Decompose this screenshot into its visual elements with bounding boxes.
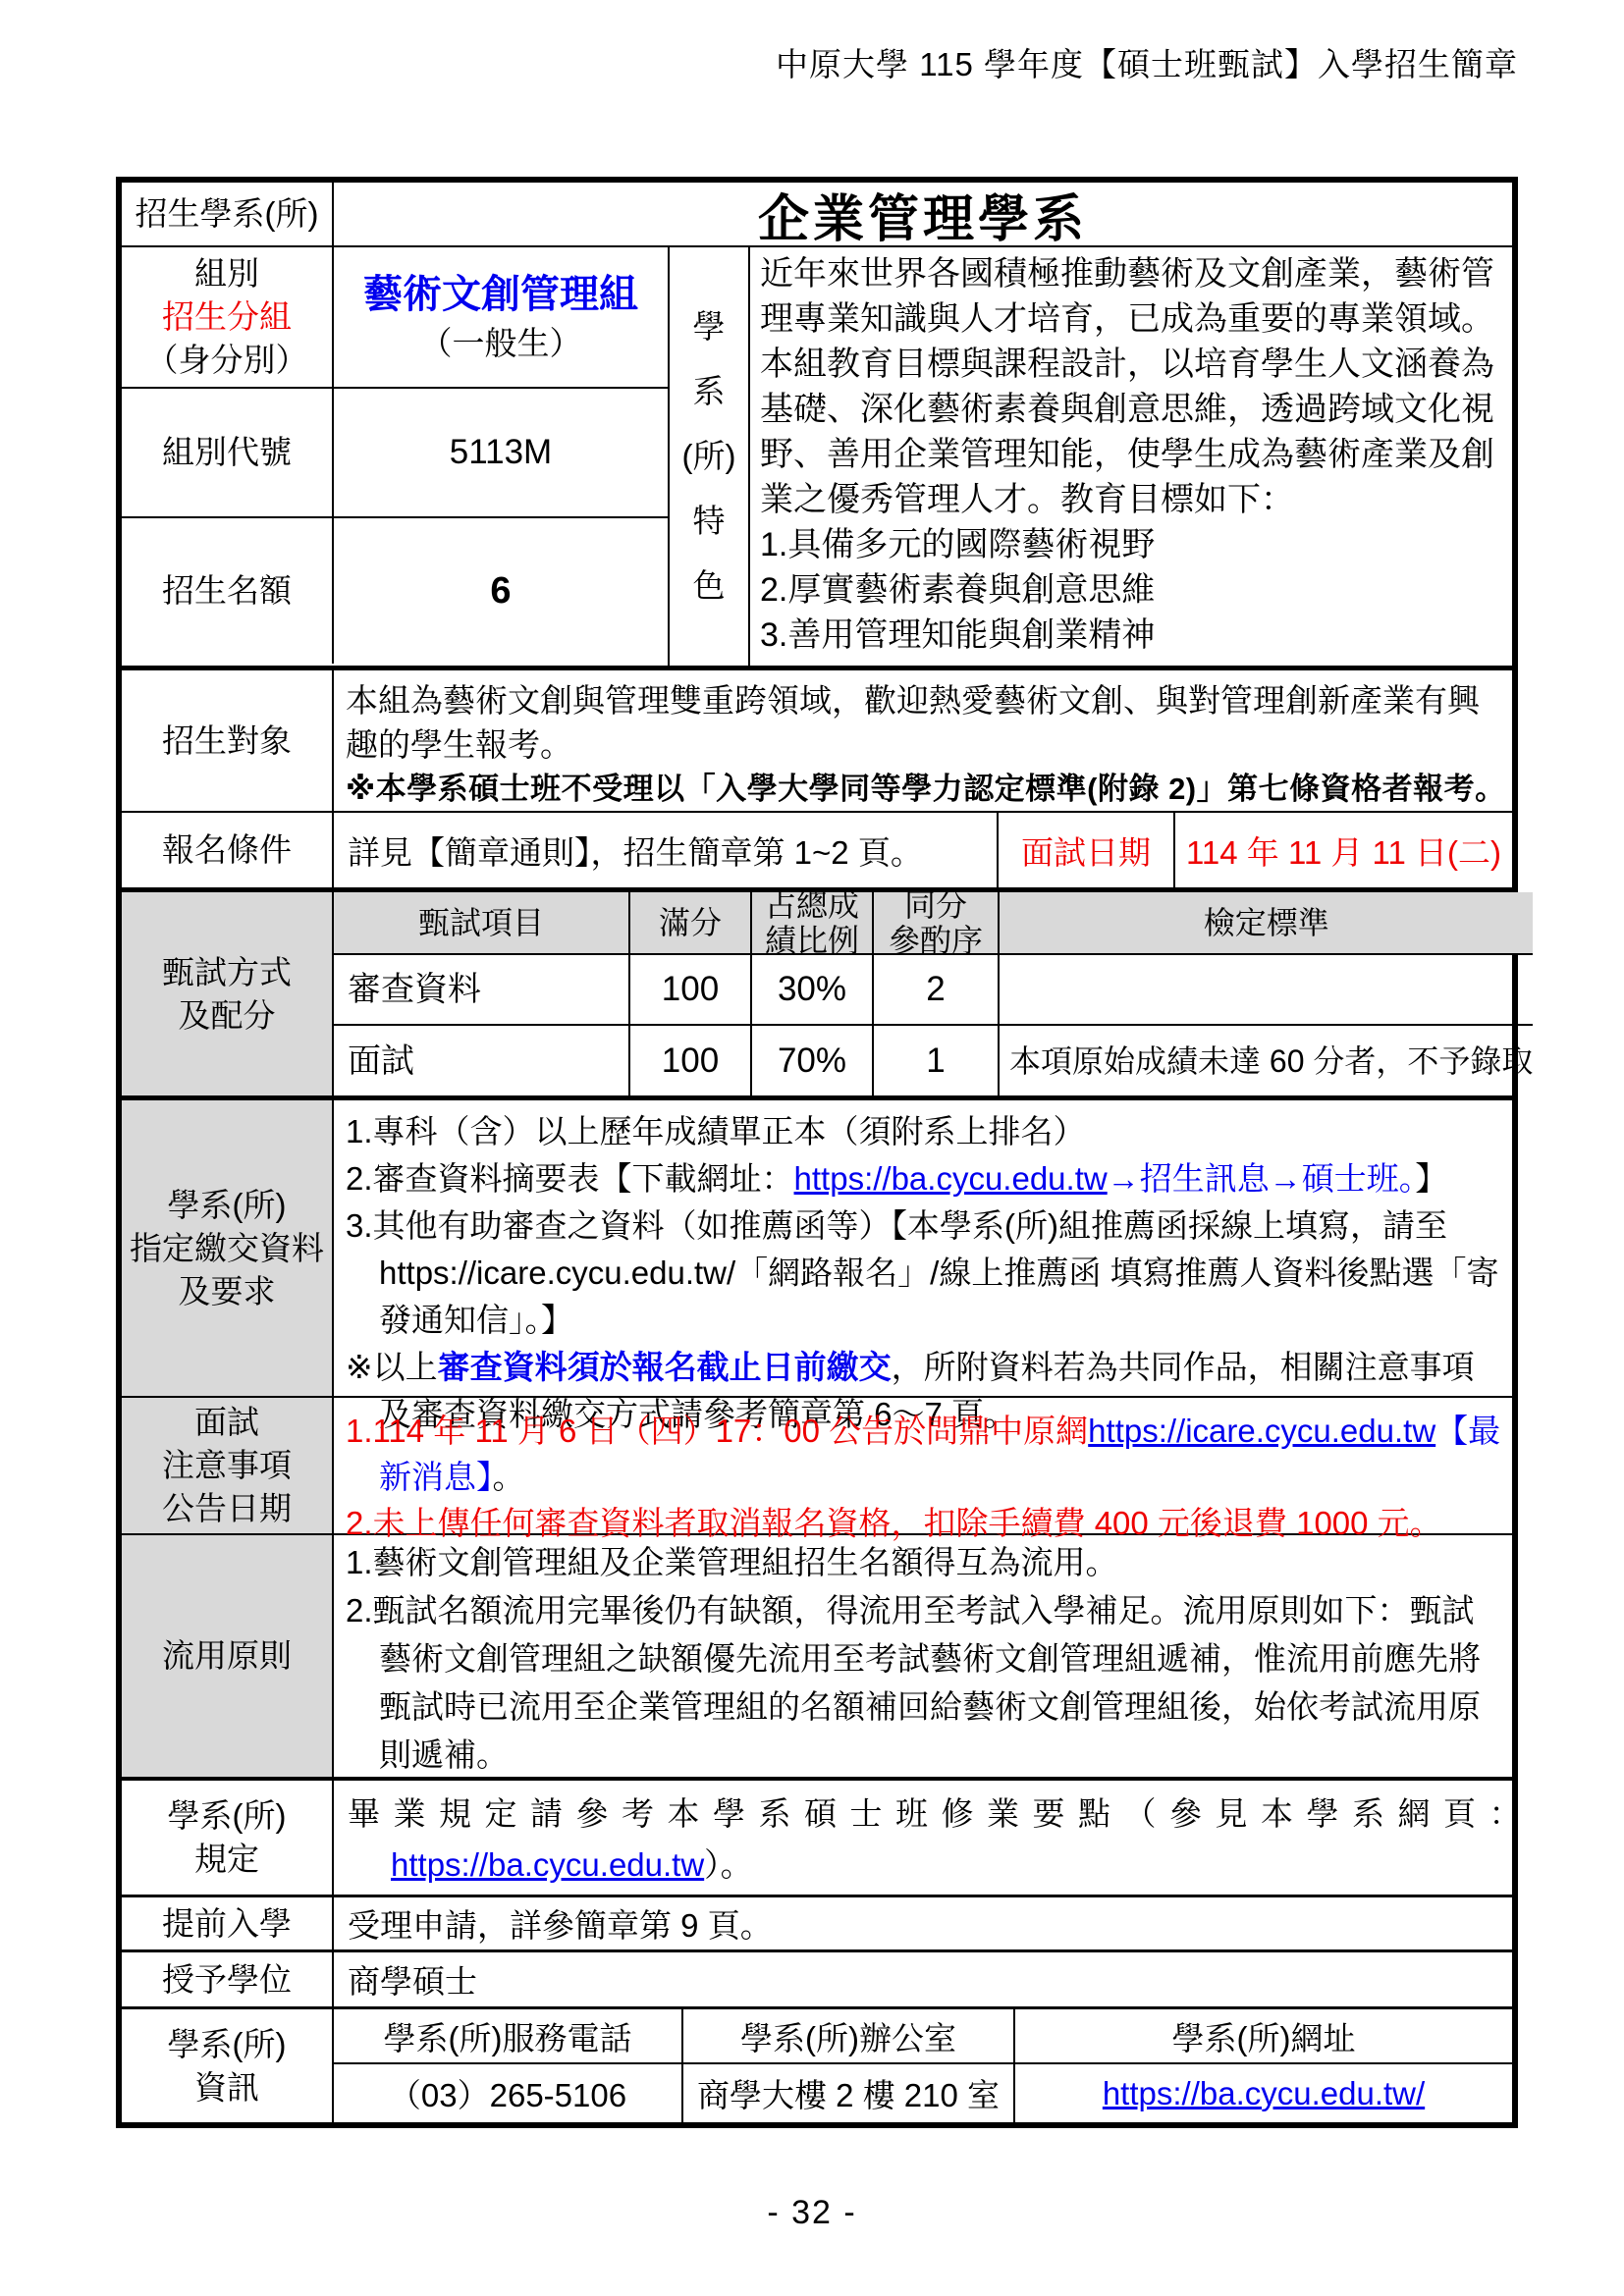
exam-standard [998, 955, 1533, 1024]
quota-transfer-label: 流用原則 [122, 1535, 332, 1777]
exam-header-row: 甄試項目 滿分 占總成 績比例 同分 參酌序 檢定標準 [334, 892, 1533, 953]
features-goal-3: 3.善用管理知能與創業精神 [760, 613, 1504, 658]
exam-table: 甄試項目 滿分 占總成 績比例 同分 參酌序 檢定標準 審查資料 100 30%… [332, 892, 1533, 1095]
row-early-admission: 提前入學 受理申請，詳參簡章第 9 頁。 [122, 1895, 1512, 1949]
features-label-char2: 系 [693, 359, 726, 424]
group-name: 藝術文創管理組 [363, 268, 638, 321]
dept-info-header-row: 學系(所)服務電話 學系(所)辦公室 學系(所)網址 [334, 2009, 1512, 2062]
dept-rules-label: 學系(所) 規定 [122, 1781, 332, 1895]
features-goal-2: 2.厚實藝術素養與創意思維 [760, 567, 1504, 613]
dept-site-link[interactable]: https://ba.cycu.edu.tw [391, 1846, 704, 1883]
interview-notice-label-line3: 公告日期 [162, 1487, 292, 1530]
dept-info-label: 學系(所) 資訊 [122, 2009, 332, 2122]
exam-col-tie: 同分 參酌序 [872, 892, 998, 953]
quota-value: 6 [332, 518, 668, 664]
submit-docs-item2: 2.審查資料摘要表【下載網址：https://ba.cycu.edu.tw→招生… [346, 1155, 1506, 1202]
features-label-char4: 特 [693, 489, 726, 554]
dept-website-label: 學系(所)網址 [1013, 2009, 1512, 2062]
download-url-link[interactable]: https://ba.cycu.edu.tw [794, 1160, 1108, 1197]
dept-website-link-cell: https://ba.cycu.edu.tw/ [1013, 2064, 1512, 2122]
row-degree: 授予學位 商學碩士 [122, 1949, 1512, 2006]
interview-notice-content: 1.114 年 11 月 6 日（四）17：00 公告於問鼎中原網https:/… [332, 1398, 1512, 1533]
row-dept-info: 學系(所) 資訊 學系(所)服務電話 學系(所)辦公室 學系(所)網址 （03）… [122, 2006, 1512, 2122]
dept-office-label: 學系(所)辦公室 [681, 2009, 1013, 2062]
features-label-char5: 色 [693, 554, 726, 618]
admission-table: 招生學系(所) 企業管理學系 組別 招生分組 （身分別） 藝術文創管理組 （一般… [116, 177, 1518, 2128]
degree-label: 授予學位 [122, 1952, 332, 2006]
dept-office-value: 商學大樓 2 樓 210 室 [681, 2064, 1013, 2122]
exam-row-review: 審查資料 100 30% 2 [334, 953, 1533, 1024]
department-name: 企業管理學系 [332, 183, 1512, 245]
row-target: 招生對象 本組為藝術文創與管理雙重跨領域，歡迎熱愛藝術文創、與對管理創新產業有興… [122, 666, 1512, 811]
row-exam: 甄試方式 及配分 甄試項目 滿分 占總成 績比例 同分 參酌序 檢定標準 審查資… [122, 887, 1512, 1095]
submit-docs-item2-path: →招生訊息→碩士班。 [1108, 1160, 1416, 1197]
submit-docs-content: 1.專科（含）以上歷年成績單正本（須附系上排名） 2.審查資料摘要表【下載網址：… [332, 1100, 1512, 1396]
dept-rules-line2: https://ba.cycu.edu.tw）。 [348, 1840, 1535, 1891]
icare-url-link[interactable]: https://icare.cycu.edu.tw [1088, 1413, 1435, 1449]
quota-transfer-item2: 2.甄試名額流用完畢後仍有缺額，得流用至考試入學補足。流用原則如下：甄試藝術文創… [346, 1586, 1506, 1779]
row-dept-rules: 學系(所) 規定 畢業規定請參考本學系碩士班修業要點（參見本學系網頁： http… [122, 1777, 1512, 1895]
exam-percentage: 30% [750, 955, 872, 1024]
exam-label-line2: 及配分 [179, 994, 276, 1038]
quota-transfer-content: 1.藝術文創管理組及企業管理組招生名額得互為流用。 2.甄試名額流用完畢後仍有缺… [332, 1535, 1512, 1777]
submit-docs-label-line3: 及要求 [179, 1270, 276, 1313]
exam-col-full: 滿分 [628, 892, 750, 953]
row-application: 報名條件 詳見【簡章通則】，招生簡章第 1~2 頁。 面試日期 114 年 11… [122, 811, 1512, 887]
features-goal-1: 1.具備多元的國際藝術視野 [760, 522, 1504, 567]
application-label: 報名條件 [122, 813, 332, 887]
row-submit-docs: 學系(所) 指定繳交資料 及要求 1.專科（含）以上歷年成績單正本（須附系上排名… [122, 1095, 1512, 1396]
degree-text: 商學碩士 [332, 1952, 1512, 2006]
dept-phone-label: 學系(所)服務電話 [334, 2009, 681, 2062]
interview-notice-label-line1: 面試 [194, 1401, 259, 1444]
submit-docs-item3: 3.其他有助審查之資料（如推薦函等）【本學系(所)組推薦函採線上填寫，請至 ht… [346, 1202, 1506, 1344]
exam-item-name: 審查資料 [334, 955, 628, 1024]
exam-percentage: 70% [750, 1026, 872, 1095]
features-paragraph: 近年來世界各國積極推動藝術及文創產業，藝術管理專業知識與人才培育，已成為重要的專… [760, 255, 1494, 518]
features-label-char3: (所) [682, 424, 736, 489]
page-number: - 32 - [0, 2194, 1624, 2232]
group-value-cell: 藝術文創管理組 （一般生） [332, 247, 668, 387]
submit-docs-item1: 1.專科（含）以上歷年成績單正本（須附系上排名） [346, 1108, 1506, 1155]
dept-info-table: 學系(所)服務電話 學系(所)辦公室 學系(所)網址 （03）265-5106 … [332, 2009, 1512, 2122]
dept-website-link[interactable]: https://ba.cycu.edu.tw/ [1103, 2075, 1425, 2112]
exam-tie-order: 1 [872, 1026, 998, 1095]
target-note: ※本學系碩士班不受理以「入學大學同等學力認定標準(附錄 2)」第七條資格者報考。 [346, 767, 1506, 811]
top-block: 組別 招生分組 （身分別） 藝術文創管理組 （一般生） 組別代號 5113M 招… [122, 245, 1512, 666]
row-quota-transfer: 流用原則 1.藝術文創管理組及企業管理組招生名額得互為流用。 2.甄試名額流用完… [122, 1533, 1512, 1777]
early-admission-text: 受理申請，詳參簡章第 9 頁。 [332, 1897, 1512, 1949]
interview-notice-label-line2: 注意事項 [162, 1444, 292, 1487]
dept-rules-label-line1: 學系(所) [168, 1794, 287, 1838]
exam-col-item: 甄試項目 [334, 892, 628, 953]
exam-standard: 本項原始成績未達 60 分者，不予錄取 [998, 1026, 1533, 1095]
application-text: 詳見【簡章通則】，招生簡章第 1~2 頁。 [332, 813, 997, 887]
quota-label: 招生名額 [122, 518, 332, 664]
exam-item-name: 面試 [334, 1026, 628, 1095]
features-text: 近年來世界各國積極推動藝術及文創產業，藝術管理專業知識與人才培育，已成為重要的專… [748, 247, 1512, 666]
exam-full-score: 100 [628, 1026, 750, 1095]
group-code-label: 組別代號 [122, 389, 332, 516]
exam-label: 甄試方式 及配分 [122, 892, 332, 1095]
submit-docs-item2-close: 】 [1415, 1160, 1447, 1197]
interview-date-value: 114 年 11 月 11 日(二) [1173, 813, 1512, 887]
interview-notice-item1: 1.114 年 11 月 6 日（四）17：00 公告於問鼎中原網https:/… [346, 1408, 1506, 1500]
row-department: 招生學系(所) 企業管理學系 [122, 183, 1512, 245]
exam-row-interview: 面試 100 70% 1 本項原始成績未達 60 分者，不予錄取 [334, 1024, 1533, 1095]
dept-rules-text-end: ）。 [704, 1846, 753, 1883]
exam-col-tie-line1: 同分 [874, 887, 998, 923]
dept-rules-content: 畢業規定請參考本學系碩士班修業要點（參見本學系網頁： https://ba.cy… [332, 1781, 1544, 1895]
submit-docs-note-deadline: 審查資料須於報名截止日前繳交 [438, 1349, 892, 1385]
exam-full-score: 100 [628, 955, 750, 1024]
top-left-grid: 組別 招生分組 （身分別） 藝術文創管理組 （一般生） 組別代號 5113M 招… [122, 247, 668, 666]
group-identity: （一般生） [420, 321, 582, 366]
row-interview-notice: 面試 注意事項 公告日期 1.114 年 11 月 6 日（四）17：00 公告… [122, 1396, 1512, 1533]
interview-notice-label: 面試 注意事項 公告日期 [122, 1398, 332, 1533]
submit-docs-note-prefix: ※以上 [346, 1349, 438, 1385]
group-label-line1: 組別 [194, 252, 259, 295]
early-admission-label: 提前入學 [122, 1897, 332, 1949]
group-code-value: 5113M [332, 389, 668, 516]
row-group-code: 組別代號 5113M [122, 387, 668, 516]
target-text-cell: 本組為藝術文創與管理雙重跨領域，歡迎熱愛藝術文創、與對管理創新產業有興趣的學生報… [332, 670, 1512, 811]
group-label: 組別 招生分組 （身分別） [122, 247, 332, 387]
exam-col-pct: 占總成 績比例 [750, 892, 872, 953]
features-label: 學 系 (所) 特 色 [668, 247, 748, 666]
target-label: 招生對象 [122, 670, 332, 811]
interview-date-label: 面試日期 [997, 813, 1173, 887]
row-quota: 招生名額 6 [122, 516, 668, 664]
interview-notice-item1-end: 。 [493, 1459, 525, 1495]
department-label: 招生學系(所) [122, 183, 332, 245]
submit-docs-label-line2: 指定繳交資料 [130, 1227, 324, 1270]
interview-notice-item1-text: 1.114 年 11 月 6 日（四）17：00 公告於問鼎中原網 [346, 1413, 1088, 1449]
quota-transfer-item1: 1.藝術文創管理組及企業管理組招生名額得互為流用。 [346, 1538, 1506, 1586]
exam-col-std: 檢定標準 [998, 892, 1533, 953]
exam-col-pct-line1: 占總成 [752, 887, 872, 923]
exam-tie-order: 2 [872, 955, 998, 1024]
group-label-line2: 招生分組 [162, 295, 292, 339]
dept-info-value-row: （03）265-5106 商學大樓 2 樓 210 室 https://ba.c… [334, 2062, 1512, 2122]
dept-rules-label-line2: 規定 [194, 1838, 259, 1881]
row-group: 組別 招生分組 （身分別） 藝術文創管理組 （一般生） [122, 247, 668, 387]
target-text: 本組為藝術文創與管理雙重跨領域，歡迎熱愛藝術文創、與對管理創新產業有興趣的學生報… [346, 682, 1480, 763]
submit-docs-item2-prefix: 2.審查資料摘要表【下載網址： [346, 1160, 794, 1197]
page-header: 中原大學 115 學年度【碩士班甄試】入學招生簡章 [776, 39, 1518, 85]
dept-rules-text: 畢業規定請參考本學系碩士班修業要點（參見本學系網頁： [348, 1789, 1535, 1840]
dept-info-label-line2: 資訊 [194, 2066, 259, 2109]
dept-phone-value: （03）265-5106 [334, 2064, 681, 2122]
submit-docs-label: 學系(所) 指定繳交資料 及要求 [122, 1100, 332, 1396]
dept-info-label-line1: 學系(所) [168, 2023, 287, 2066]
group-label-line3: （身分別） [146, 339, 308, 382]
submit-docs-label-line1: 學系(所) [168, 1184, 287, 1227]
exam-label-line1: 甄試方式 [162, 951, 292, 994]
features-label-char1: 學 [693, 294, 726, 359]
